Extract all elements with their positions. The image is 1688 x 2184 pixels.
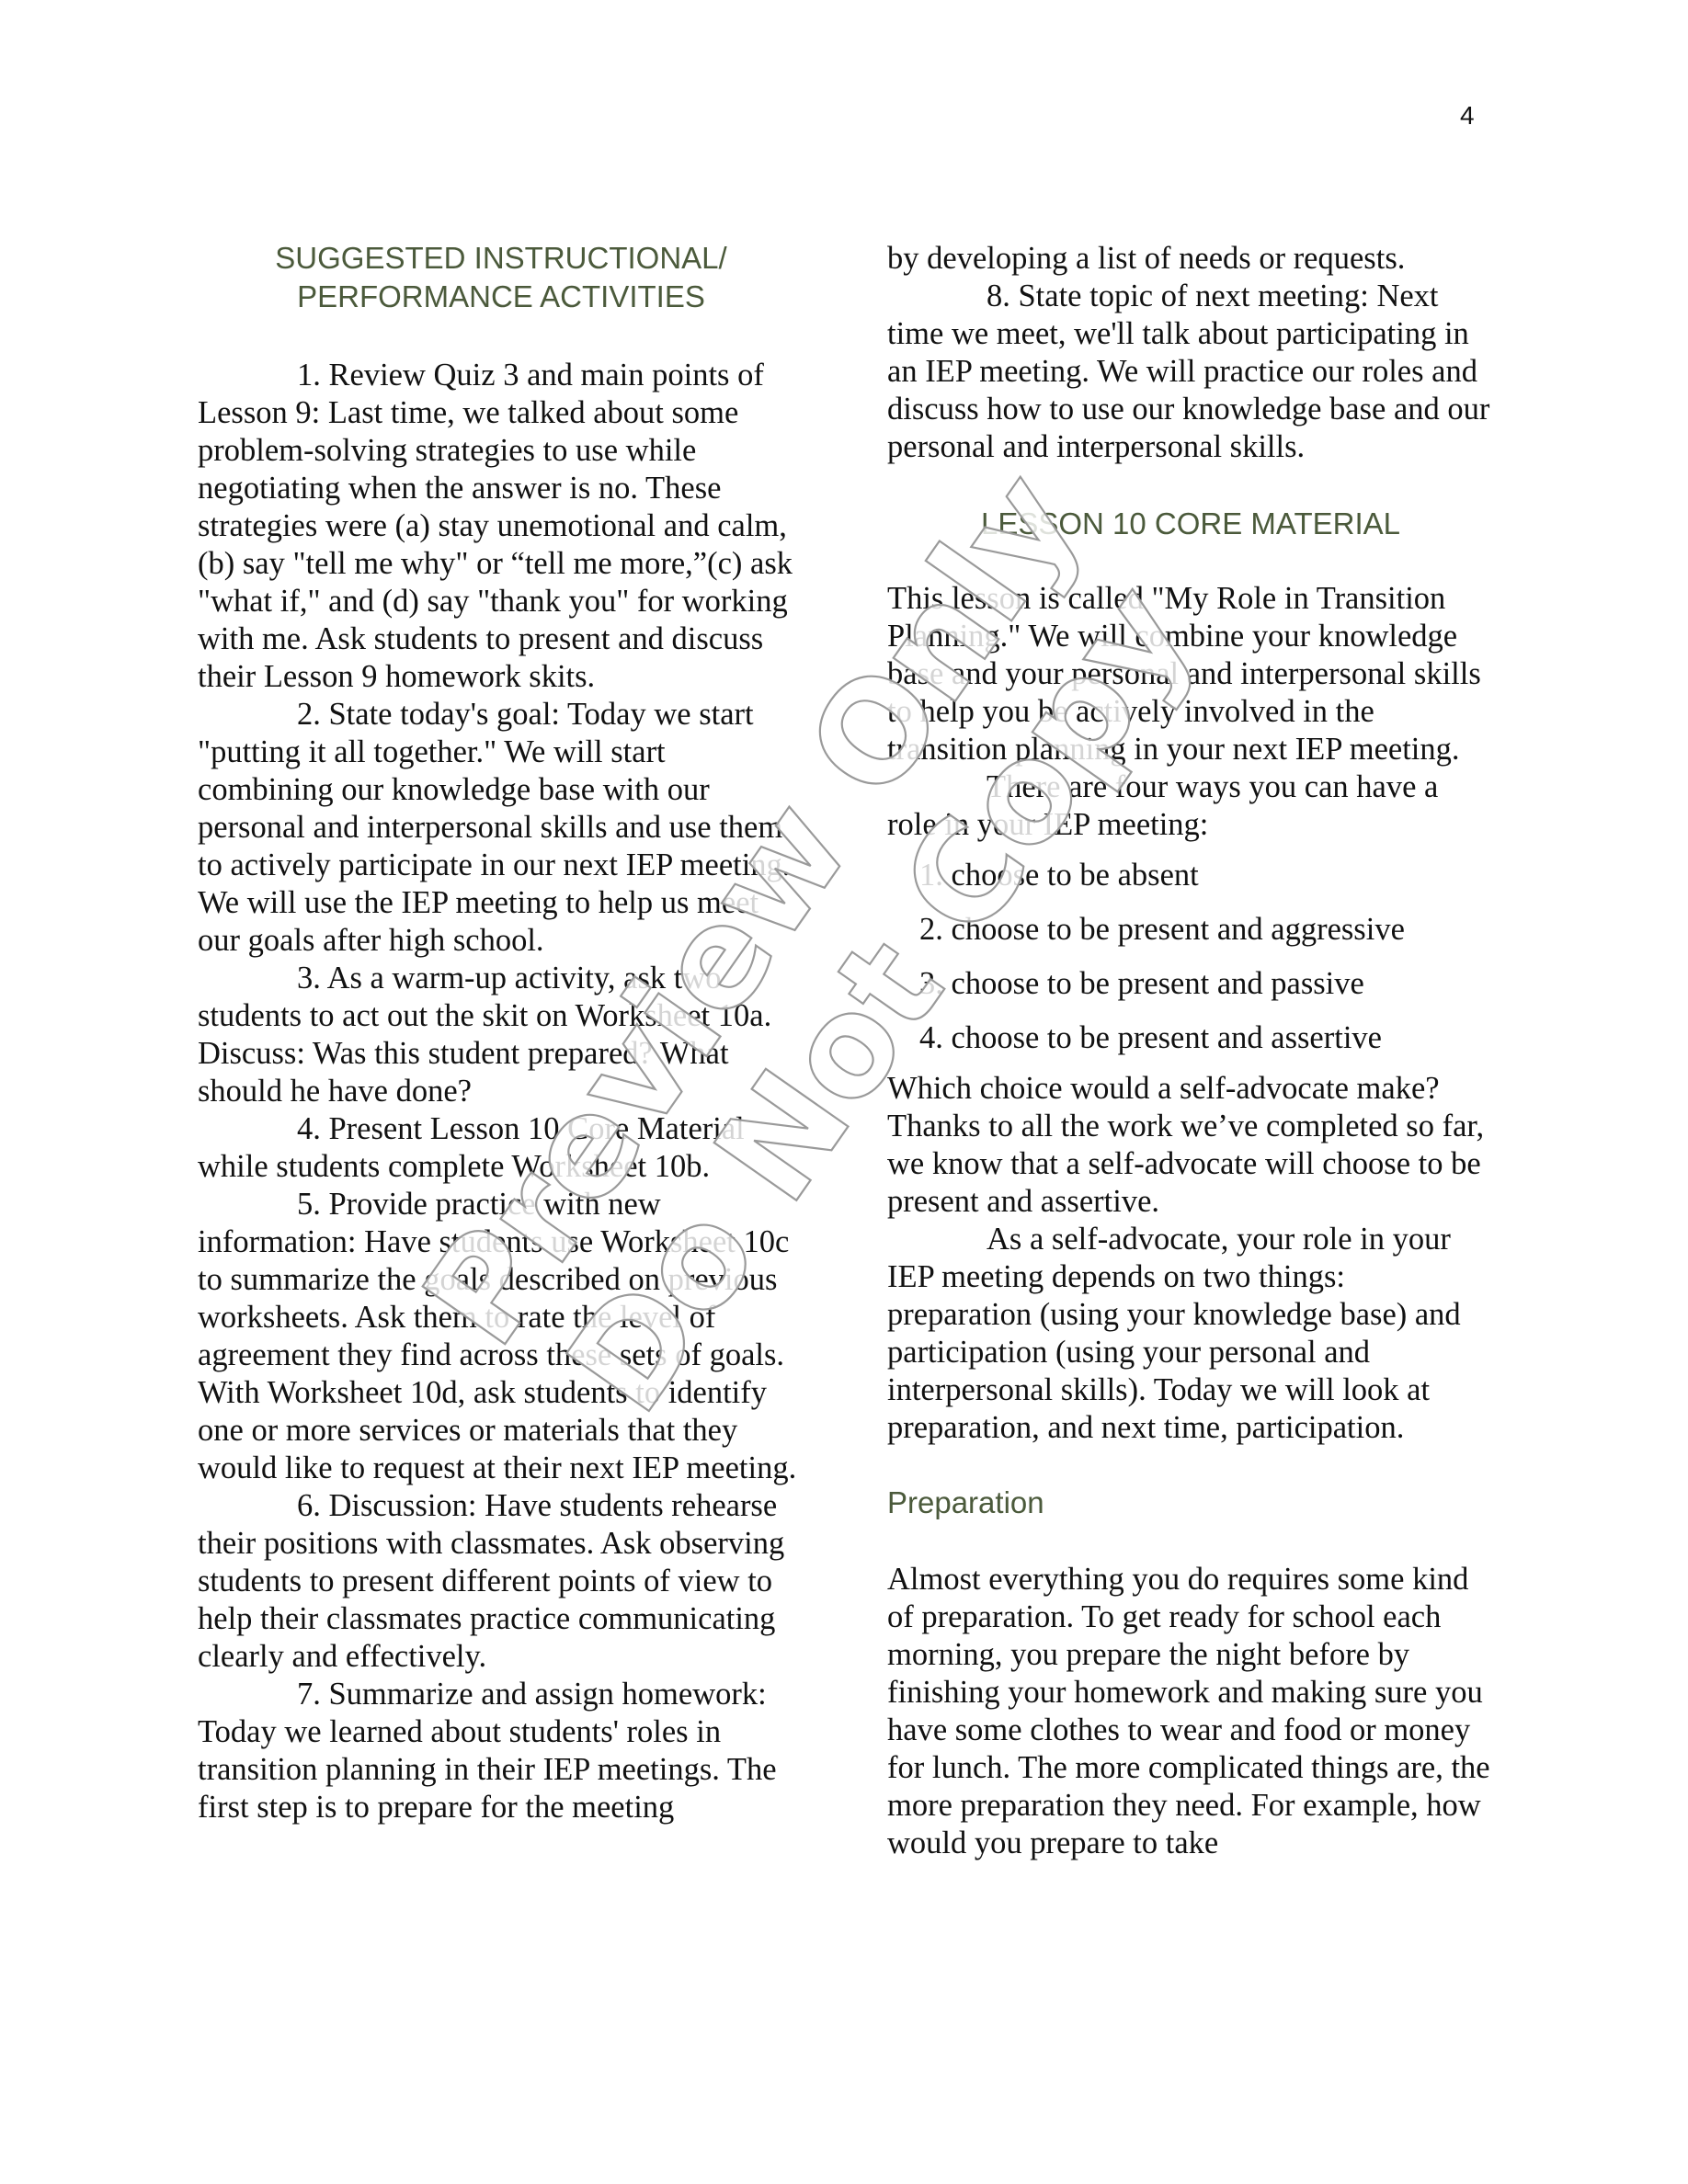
activity-paragraph-5: 5. Provide practice with new information… bbox=[198, 1186, 804, 1487]
section-heading-preparation: Preparation bbox=[887, 1484, 1494, 1522]
left-column: SUGGESTED INSTRUCTIONAL/ PERFORMANCE ACT… bbox=[198, 239, 804, 1826]
which-choice-paragraph: Which choice would a self-advocate make?… bbox=[887, 1070, 1494, 1221]
spacer bbox=[887, 466, 1494, 505]
activity-paragraph-1: 1. Review Quiz 3 and main points of Less… bbox=[198, 357, 804, 696]
activity-paragraph-7: 7. Summarize and assign homework: Today … bbox=[198, 1676, 804, 1826]
preparation-paragraph: Almost everything you do requires some k… bbox=[887, 1561, 1494, 1862]
activity-paragraph-3: 3. As a warm-up activity, ask two studen… bbox=[198, 960, 804, 1110]
list-item: 4. choose to be present and assertive bbox=[919, 1019, 1494, 1057]
heading-line-1: SUGGESTED INSTRUCTIONAL/ bbox=[275, 241, 726, 275]
activity-paragraph-4: 4. Present Lesson 10 Core Material while… bbox=[198, 1110, 804, 1186]
spacer bbox=[198, 316, 804, 357]
spacer bbox=[887, 1522, 1494, 1561]
spacer bbox=[887, 1447, 1494, 1484]
continuation-text: by developing a list of needs or request… bbox=[887, 240, 1494, 278]
roles-list: 1. choose to be absent 2. choose to be p… bbox=[887, 857, 1494, 1057]
activity-paragraph-8: 8. State topic of next meeting: Next tim… bbox=[887, 278, 1494, 466]
section-heading-core-material: LESSON 10 CORE MATERIAL bbox=[887, 505, 1494, 543]
list-item: 2. choose to be present and aggressive bbox=[919, 911, 1494, 949]
page-number: 4 bbox=[1460, 101, 1475, 131]
list-item: 1. choose to be absent bbox=[919, 857, 1494, 894]
spacer bbox=[887, 543, 1494, 580]
core-intro-paragraph: This lesson is called "My Role in Transi… bbox=[887, 580, 1494, 768]
heading-line-2: PERFORMANCE ACTIVITIES bbox=[297, 279, 705, 313]
activity-paragraph-2: 2. State today's goal: Today we start "p… bbox=[198, 696, 804, 960]
right-column: by developing a list of needs or request… bbox=[887, 240, 1494, 1862]
ways-intro-paragraph: There are four ways you can have a role … bbox=[887, 768, 1494, 844]
document-page: 4 SUGGESTED INSTRUCTIONAL/ PERFORMANCE A… bbox=[0, 0, 1688, 2184]
activity-paragraph-6: 6. Discussion: Have students rehearse th… bbox=[198, 1487, 804, 1676]
section-heading-activities: SUGGESTED INSTRUCTIONAL/ PERFORMANCE ACT… bbox=[198, 239, 804, 316]
role-depends-paragraph: As a self-advocate, your role in your IE… bbox=[887, 1221, 1494, 1447]
list-item: 3. choose to be present and passive bbox=[919, 965, 1494, 1003]
